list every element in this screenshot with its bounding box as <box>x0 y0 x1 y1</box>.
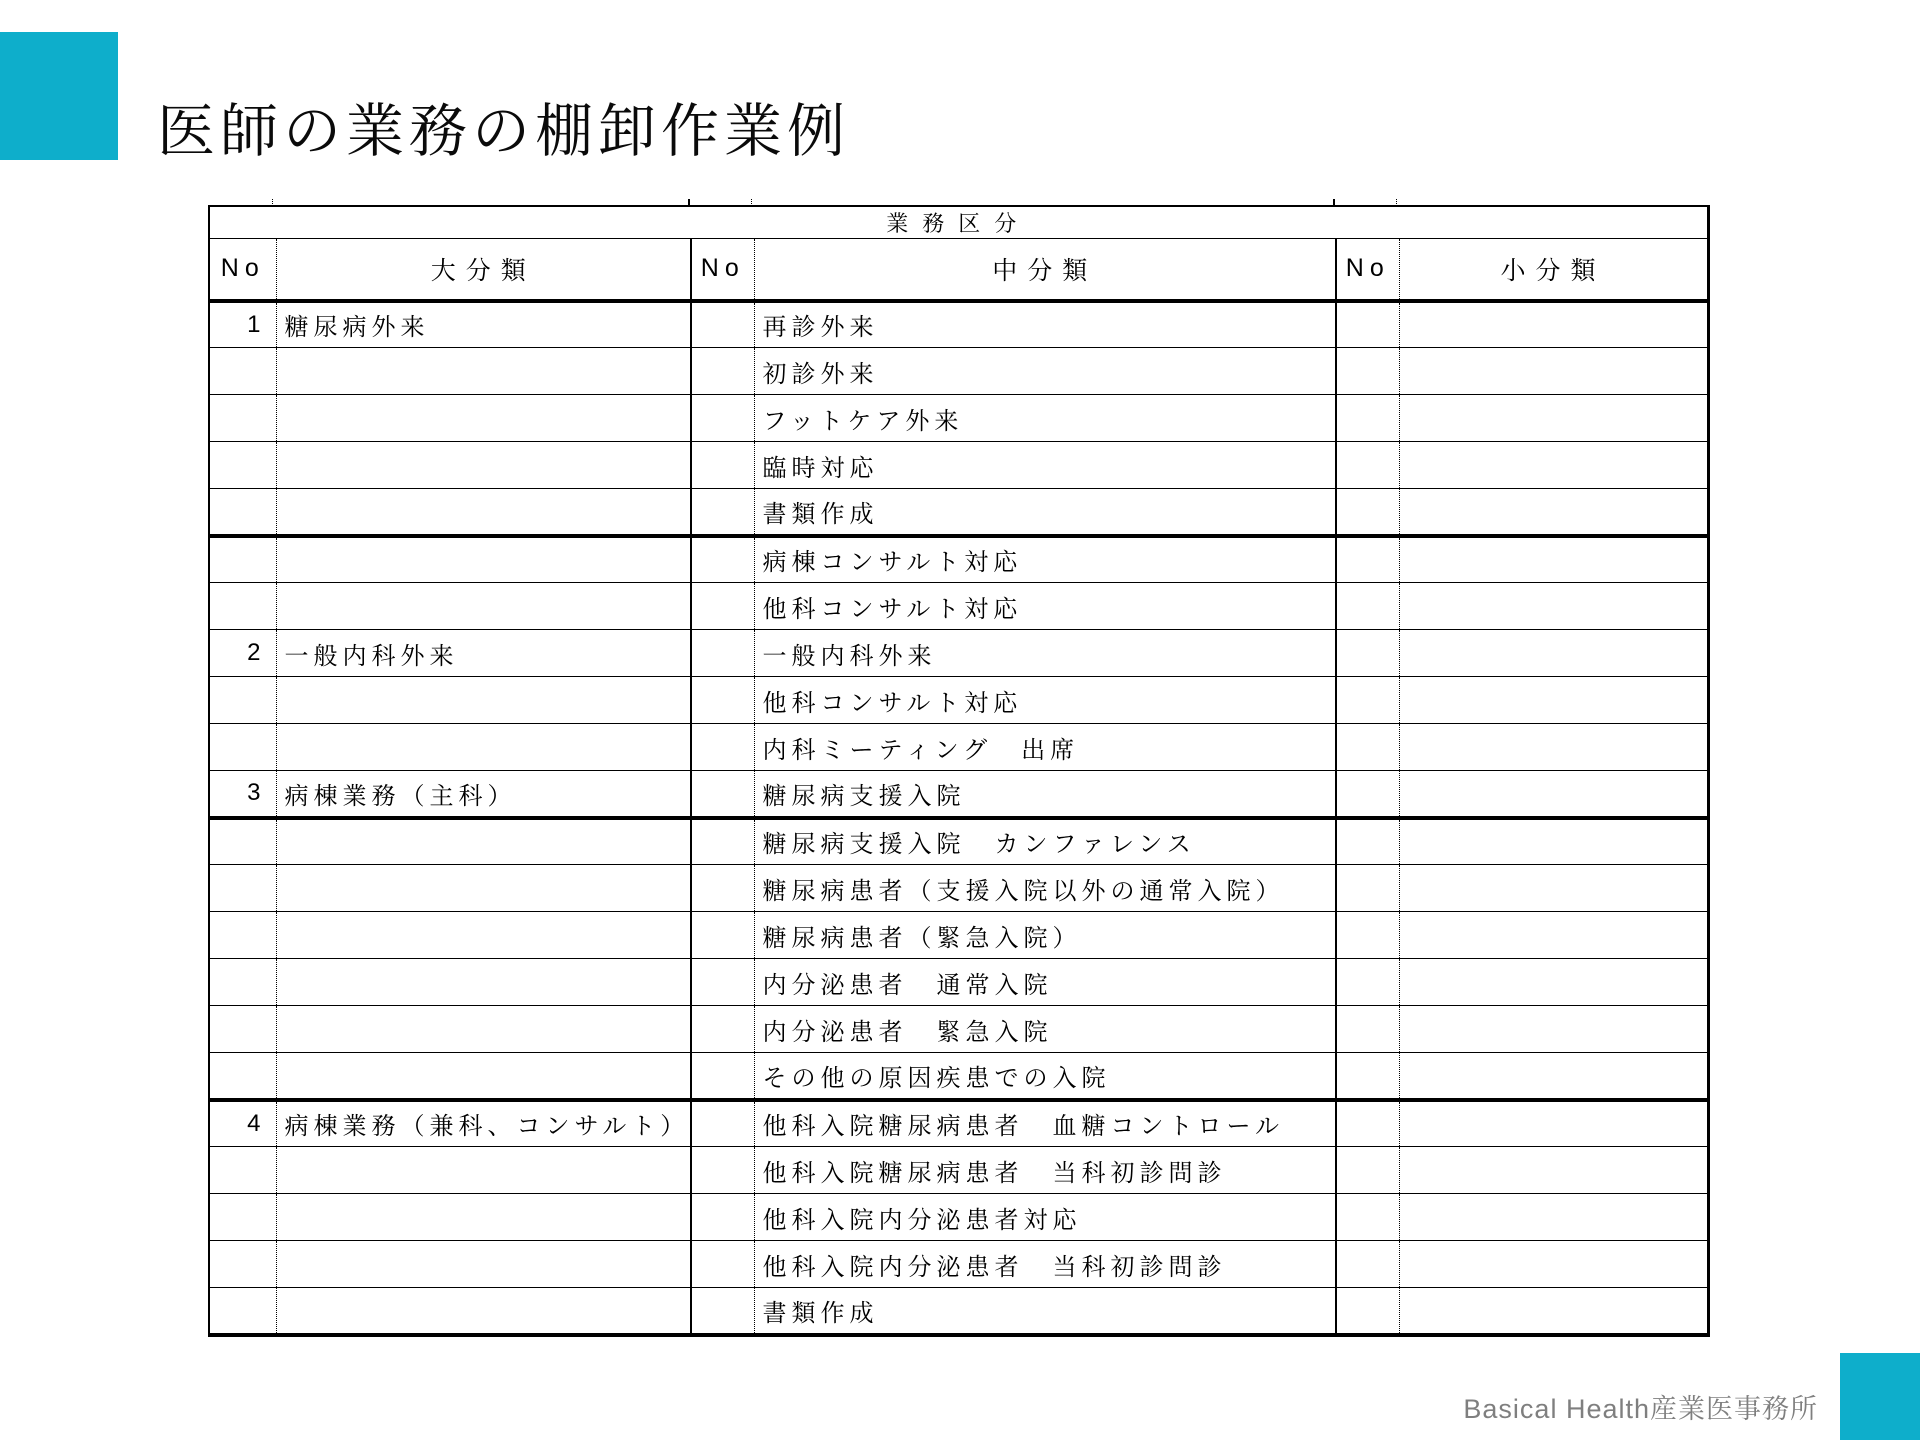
cell-minor <box>1399 348 1708 395</box>
group-header-label: 業務区分 <box>209 206 1708 239</box>
cell-major <box>276 959 691 1006</box>
cell-no2 <box>691 348 754 395</box>
cell-major <box>276 912 691 959</box>
cell-no1 <box>209 1288 276 1335</box>
cell-no2 <box>691 536 754 583</box>
cell-no3 <box>1336 395 1399 442</box>
cell-minor <box>1399 865 1708 912</box>
cell-middle: 臨時対応 <box>754 442 1336 489</box>
cell-minor <box>1399 1147 1708 1194</box>
cell-minor <box>1399 1053 1708 1100</box>
cell-no2 <box>691 1194 754 1241</box>
cell-no1 <box>209 1241 276 1288</box>
cell-middle: 内分泌患者 緊急入院 <box>754 1006 1336 1053</box>
cell-no2 <box>691 1241 754 1288</box>
cell-no3 <box>1336 1147 1399 1194</box>
cell-no3 <box>1336 301 1399 348</box>
cell-minor <box>1399 301 1708 348</box>
cell-no2 <box>691 583 754 630</box>
cell-middle: 糖尿病患者（支援入院以外の通常入院） <box>754 865 1336 912</box>
cell-no3 <box>1336 1194 1399 1241</box>
cell-no1 <box>209 818 276 865</box>
accent-square-bottom-right <box>1840 1353 1920 1440</box>
cell-minor <box>1399 724 1708 771</box>
cell-no1 <box>209 489 276 536</box>
cell-middle: 初診外来 <box>754 348 1336 395</box>
cell-middle: 内分泌患者 通常入院 <box>754 959 1336 1006</box>
cell-major: 糖尿病外来 <box>276 301 691 348</box>
cell-no3 <box>1336 818 1399 865</box>
cell-no3 <box>1336 1100 1399 1147</box>
cell-middle: 他科コンサルト対応 <box>754 583 1336 630</box>
cell-major: 病棟業務（兼科、コンサルト） <box>276 1100 691 1147</box>
col-header-no2: No <box>691 239 754 301</box>
cell-minor <box>1399 1100 1708 1147</box>
cell-no1 <box>209 1006 276 1053</box>
table-row: 他科入院糖尿病患者 当科初診問診 <box>209 1147 1708 1194</box>
table-column-header-row: No 大分類 No 中分類 No 小分類 <box>209 239 1708 301</box>
cell-no2 <box>691 912 754 959</box>
cell-minor <box>1399 912 1708 959</box>
cell-major <box>276 489 691 536</box>
cell-minor <box>1399 1006 1708 1053</box>
table-row: 糖尿病患者（緊急入院） <box>209 912 1708 959</box>
cell-major <box>276 1006 691 1053</box>
cell-no2 <box>691 1288 754 1335</box>
table-row: 他科コンサルト対応 <box>209 583 1708 630</box>
cell-no2 <box>691 630 754 677</box>
cell-no2 <box>691 1006 754 1053</box>
cell-no1 <box>209 1194 276 1241</box>
cell-no3 <box>1336 771 1399 818</box>
cell-major <box>276 724 691 771</box>
cell-major <box>276 1147 691 1194</box>
cell-no2 <box>691 395 754 442</box>
table-row: 臨時対応 <box>209 442 1708 489</box>
cell-no3 <box>1336 630 1399 677</box>
cell-middle: 内科ミーティング 出席 <box>754 724 1336 771</box>
cell-no1: 1 <box>209 301 276 348</box>
table-row: 内分泌患者 緊急入院 <box>209 1006 1708 1053</box>
cell-middle: フットケア外来 <box>754 395 1336 442</box>
col-header-no1: No <box>209 239 276 301</box>
cell-minor <box>1399 489 1708 536</box>
accent-square-top-left <box>0 32 118 160</box>
cell-no3 <box>1336 348 1399 395</box>
table-row: 書類作成 <box>209 1288 1708 1335</box>
table-row: 病棟コンサルト対応 <box>209 536 1708 583</box>
cell-no1 <box>209 912 276 959</box>
col-header-middle: 中分類 <box>754 239 1336 301</box>
cell-middle: 書類作成 <box>754 489 1336 536</box>
cell-no3 <box>1336 1241 1399 1288</box>
page-title: 医師の業務の棚卸作業例 <box>157 97 850 167</box>
cell-no2 <box>691 818 754 865</box>
cell-no1 <box>209 536 276 583</box>
cell-no2 <box>691 1147 754 1194</box>
cell-no3 <box>1336 724 1399 771</box>
cell-no1: 4 <box>209 1100 276 1147</box>
cell-no2 <box>691 489 754 536</box>
cell-middle: 糖尿病患者（緊急入院） <box>754 912 1336 959</box>
cell-no2 <box>691 865 754 912</box>
cell-no1: 2 <box>209 630 276 677</box>
cell-major <box>276 865 691 912</box>
cell-major <box>276 395 691 442</box>
business-classification-table: 業務区分 No 大分類 No 中分類 No 小分類 1糖尿病外来再診外来初診外来… <box>208 205 1710 1337</box>
footer-brand: Basical Health産業医事務所 <box>1463 1387 1818 1426</box>
cell-major: 一般内科外来 <box>276 630 691 677</box>
cell-major <box>276 583 691 630</box>
cell-minor <box>1399 818 1708 865</box>
cell-no2 <box>691 724 754 771</box>
cell-minor <box>1399 442 1708 489</box>
cell-no3 <box>1336 442 1399 489</box>
cell-minor <box>1399 1288 1708 1335</box>
cell-no1 <box>209 395 276 442</box>
table-row: 他科入院内分泌患者対応 <box>209 1194 1708 1241</box>
cell-minor <box>1399 959 1708 1006</box>
cell-no2 <box>691 301 754 348</box>
table-row: 4病棟業務（兼科、コンサルト）他科入院糖尿病患者 血糖コントロール <box>209 1100 1708 1147</box>
cell-minor <box>1399 771 1708 818</box>
cell-no3 <box>1336 1006 1399 1053</box>
table-row: 糖尿病支援入院 カンファレンス <box>209 818 1708 865</box>
cell-minor <box>1399 395 1708 442</box>
cell-no3 <box>1336 489 1399 536</box>
cell-minor <box>1399 583 1708 630</box>
cell-no1 <box>209 348 276 395</box>
col-header-minor: 小分類 <box>1399 239 1708 301</box>
cell-no1 <box>209 1053 276 1100</box>
table-row: 内科ミーティング 出席 <box>209 724 1708 771</box>
cell-major <box>276 818 691 865</box>
cell-no2 <box>691 959 754 1006</box>
cell-middle: 他科入院内分泌患者対応 <box>754 1194 1336 1241</box>
cell-no3 <box>1336 677 1399 724</box>
cell-minor <box>1399 536 1708 583</box>
cell-middle: 病棟コンサルト対応 <box>754 536 1336 583</box>
table-row: 他科コンサルト対応 <box>209 677 1708 724</box>
cell-middle: 他科入院糖尿病患者 血糖コントロール <box>754 1100 1336 1147</box>
table-row: 初診外来 <box>209 348 1708 395</box>
cell-no1 <box>209 865 276 912</box>
cell-no2 <box>691 771 754 818</box>
cell-no1 <box>209 583 276 630</box>
cell-no3 <box>1336 1053 1399 1100</box>
cell-middle: 他科入院内分泌患者 当科初診問診 <box>754 1241 1336 1288</box>
cell-middle: その他の原因疾患での入院 <box>754 1053 1336 1100</box>
cell-middle: 再診外来 <box>754 301 1336 348</box>
table-row: 糖尿病患者（支援入院以外の通常入院） <box>209 865 1708 912</box>
cell-middle: 他科入院糖尿病患者 当科初診問診 <box>754 1147 1336 1194</box>
table-row: その他の原因疾患での入院 <box>209 1053 1708 1100</box>
cell-minor <box>1399 1241 1708 1288</box>
cell-no2 <box>691 1100 754 1147</box>
cell-no1 <box>209 677 276 724</box>
cell-major <box>276 1241 691 1288</box>
cell-major <box>276 1288 691 1335</box>
table-row: 2一般内科外来一般内科外来 <box>209 630 1708 677</box>
cell-middle: 一般内科外来 <box>754 630 1336 677</box>
table-row: 他科入院内分泌患者 当科初診問診 <box>209 1241 1708 1288</box>
cell-major: 病棟業務（主科） <box>276 771 691 818</box>
cell-no2 <box>691 1053 754 1100</box>
cell-no3 <box>1336 1288 1399 1335</box>
table-row: フットケア外来 <box>209 395 1708 442</box>
cell-middle: 書類作成 <box>754 1288 1336 1335</box>
cell-no3 <box>1336 865 1399 912</box>
table-group-header-row: 業務区分 <box>209 206 1708 239</box>
cell-no1: 3 <box>209 771 276 818</box>
table-body: 1糖尿病外来再診外来初診外来フットケア外来臨時対応書類作成病棟コンサルト対応他科… <box>209 301 1708 1335</box>
cell-major <box>276 1053 691 1100</box>
cell-no3 <box>1336 912 1399 959</box>
cell-major <box>276 677 691 724</box>
cell-no2 <box>691 442 754 489</box>
table-row: 書類作成 <box>209 489 1708 536</box>
table-row: 内分泌患者 通常入院 <box>209 959 1708 1006</box>
cell-minor <box>1399 630 1708 677</box>
col-header-no3: No <box>1336 239 1399 301</box>
table-row: 1糖尿病外来再診外来 <box>209 301 1708 348</box>
cell-middle: 他科コンサルト対応 <box>754 677 1336 724</box>
cell-minor <box>1399 1194 1708 1241</box>
cell-major <box>276 442 691 489</box>
cell-no3 <box>1336 536 1399 583</box>
cell-middle: 糖尿病支援入院 <box>754 771 1336 818</box>
cell-minor <box>1399 677 1708 724</box>
cell-no3 <box>1336 583 1399 630</box>
col-header-major: 大分類 <box>276 239 691 301</box>
table-row: 3病棟業務（主科）糖尿病支援入院 <box>209 771 1708 818</box>
cell-major <box>276 348 691 395</box>
cell-middle: 糖尿病支援入院 カンファレンス <box>754 818 1336 865</box>
cell-no2 <box>691 677 754 724</box>
cell-no1 <box>209 959 276 1006</box>
cell-no1 <box>209 1147 276 1194</box>
cell-no1 <box>209 442 276 489</box>
cell-no1 <box>209 724 276 771</box>
cell-major <box>276 536 691 583</box>
cell-no3 <box>1336 959 1399 1006</box>
cell-major <box>276 1194 691 1241</box>
